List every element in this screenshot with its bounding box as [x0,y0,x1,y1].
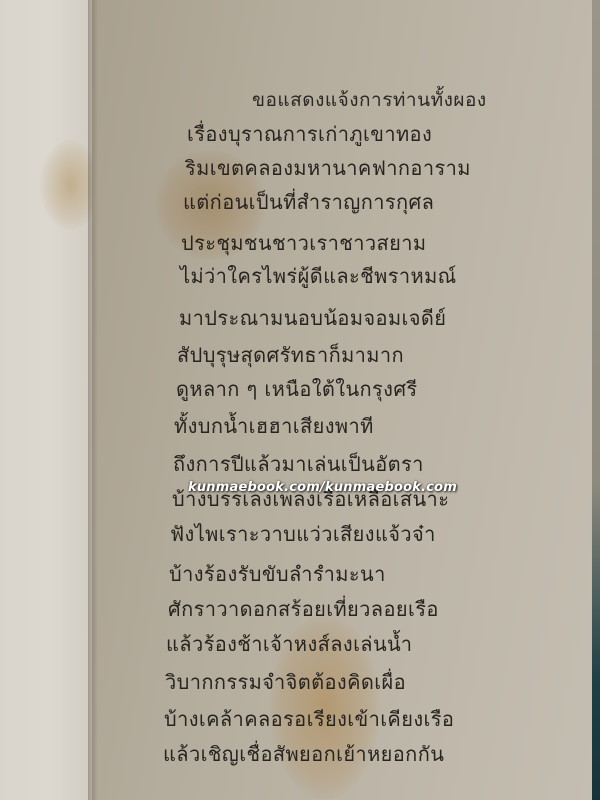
poem-line: ดูหลาก ๆ เหนือใต้ในกรุงศรี [176,373,418,405]
poem-line: ถึงการปีแล้วมาเล่นเป็นอัตรา [173,448,424,480]
poem-line: มาประณามนอบน้อมจอมเจดีย์ [179,302,446,334]
poem-line: แล้วเชิญเชื่อสัพยอกเย้าหยอกกัน [163,738,444,770]
poem-line: แต่ก่อนเป็นที่สำราญการกุศล [183,186,434,218]
poem-line: เรื่องบุราณการเก่าภูเขาทอง [187,118,432,150]
poem-line: ริมเขตคลองมหานาคฟากอาราม [185,152,471,184]
poem-line: ทั้งบกน้ำเฮฮาเสียงพาที [174,410,374,442]
watermark: kunmaebook.com/kunmaebook.com [188,480,457,495]
poem-line: แล้วร้องช้าเจ้าหงส์ลงเล่นน้ำ [166,628,412,660]
book-photo: ขอแสดงแจ้งการท่านทั้งผอง เรื่องบุราณการเ… [0,0,600,800]
poem-title: ขอแสดงแจ้งการท่านทั้งผอง [252,85,487,115]
poem-line: ไม่ว่าใครไพร่ผู้ดีและชีพราหมณ์ [180,260,457,292]
poem-line: ศักราวาดอกสร้อยเที่ยวลอยเรือ [168,593,439,625]
poem-text: ขอแสดงแจ้งการท่านทั้งผอง เรื่องบุราณการเ… [0,0,600,800]
poem-line: ฟังไพเราะวาบแว่วเสียงแจ้วจ๋า [170,518,436,550]
poem-line: บ้างร้องรับขับลำรำมะนา [169,558,386,590]
poem-line: ประชุมชนชาวเราชาวสยาม [181,227,426,259]
poem-line: สัปบุรุษสุดศรัทธาก็มามาก [177,339,404,371]
poem-line: วิบากกรรมจำจิตต้องคิดเผื่อ [165,666,406,698]
poem-line: บ้างเคล้าคลอรอเรียงเข้าเคียงเรือ [164,703,454,735]
